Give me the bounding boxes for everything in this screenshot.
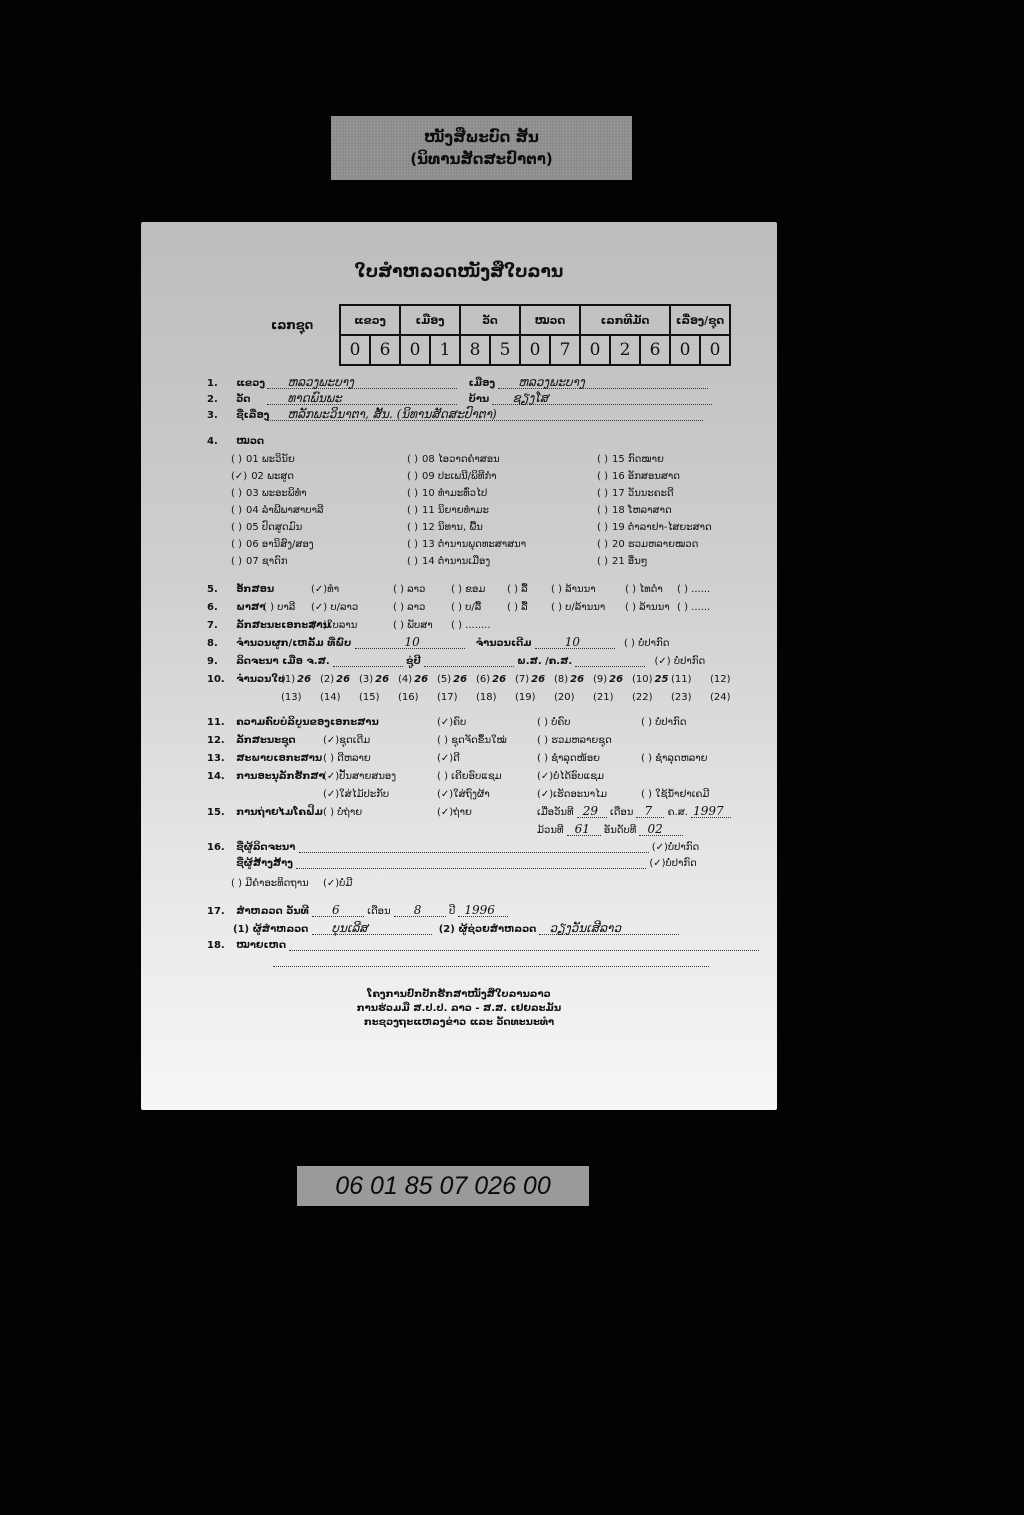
checkbox-mark: ( ): [407, 505, 418, 516]
code-digit: 0: [670, 335, 700, 365]
category-label: 07 ຊາດົກ: [246, 556, 288, 567]
bottom-code-label: 06 01 85 07 026 00: [297, 1166, 589, 1206]
header-label-line2: (ນິທານສັດສະປົາຕາ): [410, 148, 553, 170]
category-label: 06 ອານິສົງ/ສອງ: [246, 539, 314, 550]
set-type-option[interactable]: ( ) ຊຸດຈັດຂຶ້ນໃໝ່: [437, 735, 507, 746]
code-digit: 6: [370, 335, 400, 365]
checkbox-mark: ( ): [231, 539, 242, 550]
leaf-count-cell: (12): [710, 674, 733, 685]
category-option[interactable]: (✓)02 ພະສູດ: [231, 471, 294, 482]
category-option[interactable]: ( )06 ອານິສົງ/ສອງ: [231, 539, 314, 550]
category-option[interactable]: ( )10 ທຳມະທົ່ວໄປ: [407, 488, 487, 499]
checkbox-mark: ( ): [407, 454, 418, 465]
category-label: 21 ອື່ນໆ: [612, 556, 648, 567]
condition-option[interactable]: (✓)ດີ: [437, 753, 460, 764]
category-label: 12 ນິທານ, ພື້ນ: [422, 522, 483, 533]
checkbox-mark: ( ): [597, 488, 608, 499]
leaf-count-index: (23): [671, 692, 692, 703]
leaf-count-cell: (3)26: [359, 674, 389, 685]
unknown-option[interactable]: (✓)ບໍ່ປາກົດ: [649, 858, 696, 869]
code-digit: 6: [640, 335, 670, 365]
microfilm-option[interactable]: (✓)ຖ່າຍ: [437, 807, 472, 818]
field-1-province: 1. ແຂວງ ຫລວງພະບາງ ເມືອງ ຫລວງພະບາງ: [207, 378, 708, 389]
category-option[interactable]: ( )07 ຊາດົກ: [231, 556, 288, 567]
leaf-count-cell: (2)26: [320, 674, 350, 685]
code-col-bundle-no: ເລກທີມັດ: [580, 305, 670, 335]
leaf-count-index: (21): [593, 692, 614, 703]
field-16-sponsor: ຊື່ຜູ້ສ້າງສ້າງ (✓)ບໍ່ປາກົດ: [207, 858, 697, 869]
leaf-count-index: (18): [476, 692, 497, 703]
field-12-set-type: 12. ລັກສະນະຊຸດ: [207, 735, 296, 746]
field-2-temple: 2. ວັດ ທາດພົນພະ ບ້ານ ຊຽງໂສ: [207, 394, 712, 405]
category-option[interactable]: ( )13 ຕຳນານພຸດທະສາສນາ: [407, 539, 526, 550]
preservation-option[interactable]: (✓)ບໍ່ໄດ້ອົບແຊມ: [537, 771, 604, 782]
unknown-option[interactable]: (✓)ບໍ່ປາກົດ: [652, 842, 699, 853]
category-option[interactable]: ( )04 ລຳພີພາສາບາລີ: [231, 505, 323, 516]
microfilm-date: ເມື່ອວັນທີ 29 ເດືອນ 7 ຄ.ສ. 1997: [537, 807, 731, 818]
leaf-count-index: (14): [320, 692, 341, 703]
category-option[interactable]: ( )12 ນິທານ, ພື້ນ: [407, 522, 483, 533]
code-col-title-set: ເລື່ອງ/ຊຸດ: [670, 305, 730, 335]
code-digit: 0: [340, 335, 370, 365]
language-option[interactable]: ( ) ບາລີ: [263, 602, 295, 613]
category-option[interactable]: ( )11 ນິຍາຍທຳມະ: [407, 505, 489, 516]
checkbox-mark: ( ): [407, 522, 418, 533]
set-type-option[interactable]: (✓)ຊຸດເດີມ: [323, 735, 370, 746]
leaf-count-cell: (10)25: [632, 674, 668, 685]
script-option[interactable]: ( ) ຂອມ: [451, 584, 485, 595]
completeness-option[interactable]: (✓)ຄົບ: [437, 717, 466, 728]
bundles-original-value: 10: [535, 638, 615, 649]
field-18-remarks: 18. ໝາຍເຫດ: [207, 940, 759, 951]
preservation-option[interactable]: (✓)ປັ້ນສາຍສນອງ: [323, 771, 396, 782]
code-col-temple: ວັດ: [460, 305, 520, 335]
leaf-count-cell: (5)26: [437, 674, 467, 685]
code-col-province: ແຂວງ: [340, 305, 400, 335]
leaf-count-cell: (8)26: [554, 674, 584, 685]
code-digit: 0: [700, 335, 730, 365]
code-grid: ແຂວງ ເມືອງ ວັດ ໝວດ ເລກທີມັດ ເລື່ອງ/ຊຸດ 0…: [339, 304, 731, 366]
unknown-option[interactable]: ( ) ບໍ່ປາກົດ: [624, 638, 669, 649]
checkbox-mark: (✓): [231, 471, 247, 482]
title-value: ຫລັກພະວິນາຕາ, ສັ້ນ. (ນິທານສັດສະປົາຕາ): [267, 410, 703, 421]
language-option[interactable]: (✓) ບ/ລາວ: [311, 602, 358, 613]
checkbox-mark: ( ): [597, 505, 608, 516]
code-digit: 1: [430, 335, 460, 365]
category-label: 13 ຕຳນານພຸດທະສາສນາ: [422, 539, 526, 550]
category-option[interactable]: ( )15 ກົດໝາຍ: [597, 454, 664, 465]
category-label: 16 ອັກສອນສາດ: [612, 471, 680, 482]
field-3-title: 3. ຊື່ເລື່ອງ ຫລັກພະວິນາຕາ, ສັ້ນ. (ນິທານສ…: [207, 410, 703, 421]
field-17-surveyors: (1) ຜູ້ສຳຫລວດ ບຸນເລີສ (2) ຜູ້ຊ່ວຍສຳຫລວດ …: [233, 924, 679, 935]
preservation-option[interactable]: (✓)ໃສ່ໄມ້ປະກັບ: [323, 789, 389, 800]
checkbox-mark: ( ): [407, 471, 418, 482]
code-digit: 7: [550, 335, 580, 365]
doc-type-option[interactable]: ( ) ພັບສາ: [393, 620, 433, 631]
category-option[interactable]: ( )20 ຮວມຫລາຍໝວດ: [597, 539, 698, 550]
field-6-language: 6. ພາສາ: [207, 602, 265, 613]
doc-type-option[interactable]: (✓)ໃບລານ: [311, 620, 357, 631]
unknown-option[interactable]: (✓) ບໍ່ປາກົດ: [655, 656, 706, 667]
category-label: 09 ປະເພນີ/ພິທີກຳ: [422, 471, 497, 482]
field-9-date-written: 9. ລິດຈະນາ ເມື່ອ ຈ.ສ. ຊູ່ປີ ພ.ສ. /ຄ.ສ. (…: [207, 656, 705, 667]
header-label-line1: ໜັງສືພະບົດ ສັ້ນ: [424, 126, 539, 148]
dedication-option[interactable]: ( ) ມີຄຳອະທິດຖານ: [231, 878, 309, 889]
field-11-completeness: 11. ຄວາມຄົບບໍລິບູນຂອງເອກະສານ: [207, 717, 379, 728]
category-label: 01 ພະວິນັຍ: [246, 454, 295, 465]
code-label: ເລກຊຸດ: [271, 318, 313, 332]
script-option[interactable]: ( ) ......: [677, 584, 710, 595]
category-option[interactable]: ( )08 ໄອວາດຄຳສອນ: [407, 454, 500, 465]
script-option[interactable]: (✓)ທຳ: [311, 584, 339, 595]
preservation-option[interactable]: ( ) ໃຊ້ນ້ຳຢາເຄມີ: [641, 789, 709, 800]
category-label: 10 ທຳມະທົ່ວໄປ: [422, 488, 487, 499]
script-option[interactable]: ( ) ລ້ານນາ: [551, 584, 596, 595]
leaf-count-cell: (4)26: [398, 674, 428, 685]
checkbox-mark: ( ): [231, 522, 242, 533]
category-option[interactable]: ( )05 ປົດສູດມົນ: [231, 522, 302, 533]
set-type-option[interactable]: ( ) ຮວມຫລາຍຊຸດ: [537, 735, 612, 746]
checkbox-mark: ( ): [407, 488, 418, 499]
code-col-district: ເມືອງ: [400, 305, 460, 335]
village-value: ຊຽງໂສ: [492, 394, 712, 405]
category-label: 19 ຕຳລາຢາ-ໄສຍະສາດ: [612, 522, 712, 533]
survey-form-sheet: ໃບສຳຫລວດໜັງສືໃບລານ ເລກຊຸດ ແຂວງ ເມືອງ ວັດ…: [141, 222, 777, 1110]
microfilm-reel: ມ້ວນທີ 61 ອັນດັບທີ 02: [537, 825, 683, 836]
checkbox-mark: ( ): [597, 522, 608, 533]
category-option[interactable]: ( )16 ອັກສອນສາດ: [597, 471, 680, 482]
code-digit: 0: [400, 335, 430, 365]
field-14-preservation: 14. ການອະນຸລັກຮັກສາ: [207, 771, 325, 782]
leaf-count-cell: (9)26: [593, 674, 623, 685]
checkbox-mark: ( ): [597, 471, 608, 482]
leaf-count-cell: (6)26: [476, 674, 506, 685]
preservation-option[interactable]: (✓)ເຮັດອະນາໄມ: [537, 789, 607, 800]
category-label: 18 ໂຫລາສາດ: [612, 505, 672, 516]
checkbox-mark: ( ): [597, 539, 608, 550]
doc-type-option[interactable]: ( ) ........: [451, 620, 491, 631]
checkbox-mark: ( ): [407, 556, 418, 567]
language-option[interactable]: ( ) ລ້ານນາ: [625, 602, 670, 613]
category-label: 04 ລຳພີພາສາບາລີ: [246, 505, 323, 516]
dedication-option[interactable]: (✓)ບໍ່ມີ: [323, 878, 352, 889]
category-option[interactable]: ( )03 ພະອະພິທຳ: [231, 488, 307, 499]
category-option[interactable]: ( )14 ຕຳນານເມືອງ: [407, 556, 490, 567]
checkbox-mark: ( ): [231, 488, 242, 499]
leaf-count-index: (22): [632, 692, 653, 703]
category-option[interactable]: ( )17 ວັນນະຄະດີ: [597, 488, 674, 499]
province-value: ຫລວງພະບາງ: [267, 378, 457, 389]
category-label: 14 ຕຳນານເມືອງ: [422, 556, 490, 567]
code-digit: 5: [490, 335, 520, 365]
category-label: 15 ກົດໝາຍ: [612, 454, 664, 465]
field-15-microfilm: 15. ການຖ່າຍໄມໂຄຟິມ: [207, 807, 323, 818]
leaf-count-index: (19): [515, 692, 536, 703]
language-option[interactable]: ( ) ລື້: [507, 602, 528, 613]
field-13-condition: 13. ສະພາບເອກະສານ: [207, 753, 322, 764]
language-option[interactable]: ( ) ບ/ລ້ານນາ: [551, 602, 605, 613]
leaf-count-index: (20): [554, 692, 575, 703]
code-digit: 2: [610, 335, 640, 365]
field-17-survey-date: 17. ສຳຫລວດ ວັນທີ 6 ເດືອນ 8 ປີ 1996: [207, 906, 508, 917]
checkbox-mark: ( ): [231, 556, 242, 567]
script-option[interactable]: ( ) ລື້: [507, 584, 528, 595]
checkbox-mark: ( ): [597, 454, 608, 465]
leaf-count-cell: (11): [671, 674, 694, 685]
project-footer: ໂຄງການປົກປັກຮັກສາໜັງສືໃບລານລາວ ການຮ່ວມມື…: [141, 988, 777, 1030]
field-8-bundle-count: 8. ຈຳນວນຜູກ/ເຫລັ້ມ ທີ່ພົບ 10 ຈຳນວນເດີມ 1…: [207, 638, 669, 649]
category-label: 11 ນິຍາຍທຳມະ: [422, 505, 489, 516]
preservation-option[interactable]: (✓)ໃສ່ຖົງຜ້າ: [437, 789, 490, 800]
leaf-count-index: (13): [281, 692, 302, 703]
category-label: 08 ໄອວາດຄຳສອນ: [422, 454, 500, 465]
category-option[interactable]: ( )18 ໂຫລາສາດ: [597, 505, 672, 516]
code-digit: 0: [580, 335, 610, 365]
form-title: ໃບສຳຫລວດໜັງສືໃບລານ: [141, 262, 777, 282]
header-label-strip: ໜັງສືພະບົດ ສັ້ນ (ນິທານສັດສະປົາຕາ): [331, 116, 632, 180]
leaf-count-cell: (1)26: [281, 674, 311, 685]
category-label: 02 ພະສູດ: [251, 471, 294, 482]
remarks-line-2: [273, 956, 709, 967]
checkbox-mark: ( ): [597, 556, 608, 567]
code-digit: 8: [460, 335, 490, 365]
category-label: 03 ພະອະພິທຳ: [246, 488, 307, 499]
category-label: 20 ຮວມຫລາຍໝວດ: [612, 539, 698, 550]
category-option[interactable]: ( )01 ພະວິນັຍ: [231, 454, 295, 465]
checkbox-mark: ( ): [407, 539, 418, 550]
language-option[interactable]: ( ) ລາວ: [393, 602, 425, 613]
category-option[interactable]: ( )09 ປະເພນີ/ພິທີກຳ: [407, 471, 497, 482]
completeness-option[interactable]: ( ) ບໍ່ປາກົດ: [641, 717, 686, 728]
checkbox-mark: ( ): [231, 505, 242, 516]
script-option[interactable]: ( ) ໄທດຳ: [625, 584, 663, 595]
condition-option[interactable]: ( ) ດີຫລາຍ: [323, 753, 371, 764]
category-option[interactable]: ( )19 ຕຳລາຢາ-ໄສຍະສາດ: [597, 522, 712, 533]
leaf-count-cell: (7)26: [515, 674, 545, 685]
language-option[interactable]: ( ) ......: [677, 602, 710, 613]
checkbox-mark: ( ): [231, 454, 242, 465]
leaf-count-index: (24): [710, 692, 731, 703]
condition-option[interactable]: ( ) ຊຳລຸດໜ້ອຍ: [537, 753, 600, 764]
category-label: 05 ປົດສູດມົນ: [246, 522, 302, 533]
leaf-count-index: (17): [437, 692, 458, 703]
leaf-count-index: (16): [398, 692, 419, 703]
field-10-leaf-count: 10. ຈຳນວນໃບ: [207, 674, 285, 685]
district-value: ຫລວງພະບາງ: [498, 378, 708, 389]
category-option[interactable]: ( )21 ອື່ນໆ: [597, 556, 648, 567]
completeness-option[interactable]: ( ) ບໍ່ຄົບ: [537, 717, 571, 728]
code-digit: 0: [520, 335, 550, 365]
category-label: 17 ວັນນະຄະດີ: [612, 488, 674, 499]
bundles-found-value: 10: [355, 638, 465, 649]
field-4-category: 4. ໝວດ: [207, 436, 264, 447]
code-col-category: ໝວດ: [520, 305, 580, 335]
field-16-scribe: 16. ຊື່ຜູ້ລິດຈະນາ (✓)ບໍ່ປາກົດ: [207, 842, 699, 853]
microfilm-option[interactable]: ( ) ບໍ່ຖ່າຍ: [323, 807, 362, 818]
leaf-count-index: (15): [359, 692, 380, 703]
field-5-script: 5. ອັກສອນ: [207, 584, 274, 595]
condition-option[interactable]: ( ) ຊຳລຸດຫລາຍ: [641, 753, 708, 764]
temple-value: ທາດພົນພະ: [267, 394, 457, 405]
language-option[interactable]: ( ) ບ/ລື້: [451, 602, 481, 613]
script-option[interactable]: ( ) ລາວ: [393, 584, 425, 595]
preservation-option[interactable]: ( ) ເຄີຍອົບແຊມ: [437, 771, 502, 782]
